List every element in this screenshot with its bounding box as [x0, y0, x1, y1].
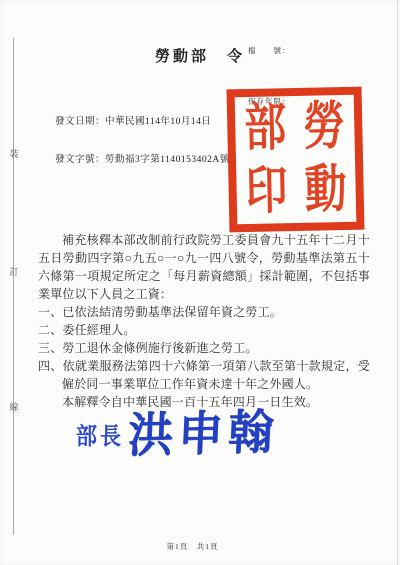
seal-char-bottom-left: 印	[245, 165, 288, 218]
minister-signature: 部長 洪申翰	[76, 412, 278, 457]
issue-date-line: 發文日期：中華民國114年10月14日	[55, 116, 230, 129]
seal-char-bottom-right: 動	[304, 164, 347, 217]
binding-mark-xian: 線	[8, 403, 20, 412]
issue-info: 發文日期：中華民國114年10月14日 發文字號：勞動福3字第114015340…	[55, 91, 230, 191]
list-item-4: 四、依就業服務法第四十六條第一項第八款至第十款規定，受僱於同一事業單位工作年資未…	[38, 357, 370, 393]
official-letter-page: 檔 號： 保存年限： 勞動部 令 發文日期：中華民國114年10月14日 發文字…	[0, 0, 400, 565]
list-item-3: 三、勞工退休金條例施行後新進之勞工。	[38, 339, 370, 357]
official-red-seal: 部 勞 印 動	[227, 87, 365, 233]
doc-number-line: 發文字號：勞動福3字第1140153402A號	[55, 154, 230, 167]
page-number: 第1頁 共1頁	[0, 541, 385, 552]
list-item-1: 一、已依法結清勞動基準法保留年資之勞工。	[38, 303, 370, 321]
minister-name: 洪申翰	[127, 409, 279, 460]
scan-edge-line	[397, 0, 398, 565]
document-title: 勞動部 令	[0, 45, 400, 66]
seal-char-top-right: 勞	[303, 101, 346, 154]
list-item-2: 二、委任經理人。	[38, 321, 370, 339]
binding-mark-ding: 訂	[8, 268, 20, 277]
binding-line	[13, 38, 14, 535]
binding-mark-zhuang: 裝	[8, 150, 20, 159]
minister-title: 部長	[76, 418, 124, 451]
body-paragraph: 補充核釋本部改制前行政院勞工委員會九十五年十二月十五日勞動四字第○九五○一○九一…	[38, 231, 370, 303]
order-body: 補充核釋本部改制前行政院勞工委員會九十五年十二月十五日勞動四字第○九五○一○九一…	[38, 231, 370, 411]
seal-char-top-left: 部	[244, 102, 287, 155]
